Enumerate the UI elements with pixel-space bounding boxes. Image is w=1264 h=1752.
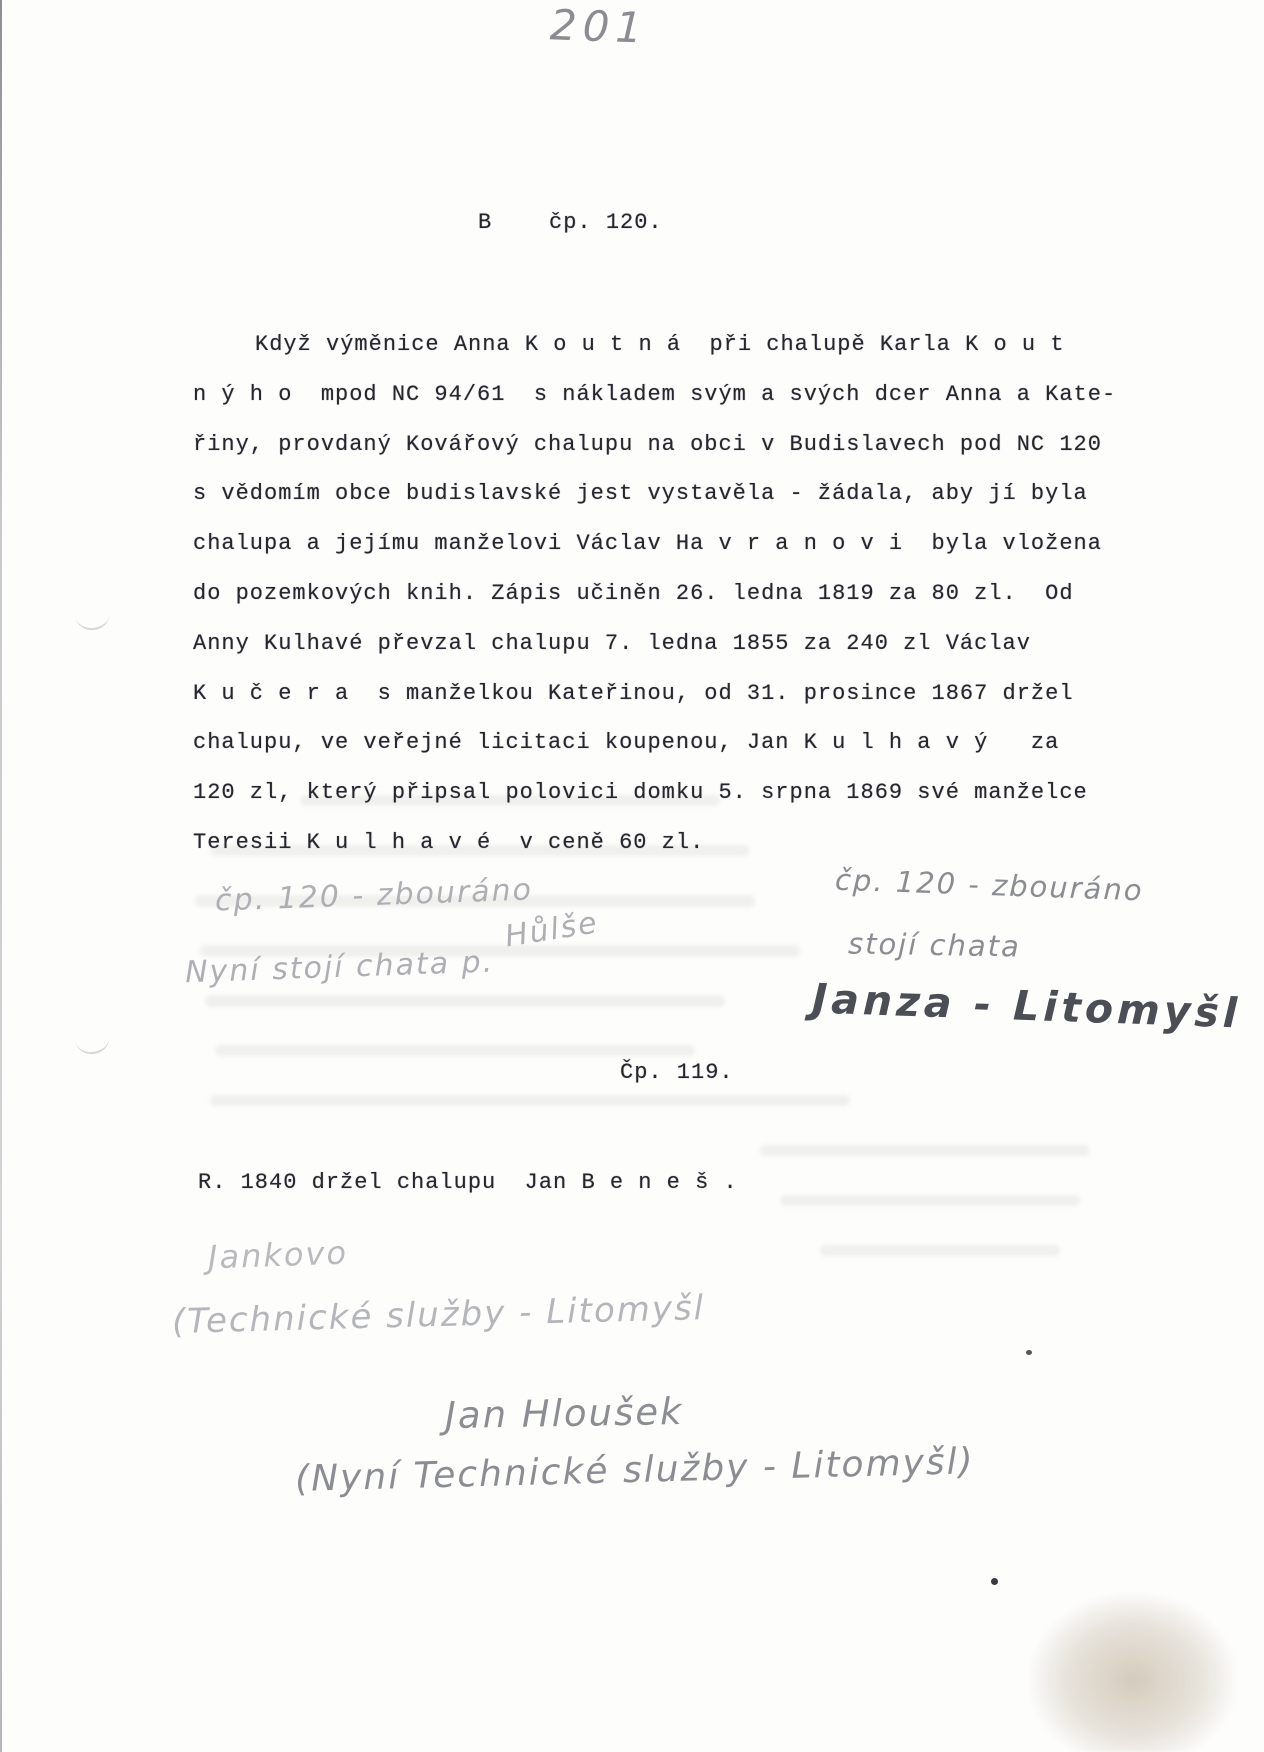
- paragraph-line: chalupu, ve veřejné licitaci koupenou, J…: [193, 718, 1116, 768]
- pencil-note-right-line2: stojí chata: [848, 926, 1021, 963]
- paragraph-line: 120 zl, který připsal polovici domku 5. …: [193, 768, 1116, 818]
- bleed-through-artifact: [760, 1145, 1090, 1156]
- section-heading-cp-120: B čp. 120.: [478, 210, 663, 235]
- pencil-note-now-line: (Nyní Technické služby - Litomyšl): [295, 1441, 976, 1500]
- paragraph-line: Anny Kulhavé převzal chalupu 7. ledna 18…: [193, 619, 1116, 669]
- paragraph-line: K u č e r a s manželkou Kateřinou, od 31…: [193, 669, 1116, 719]
- paragraph-line: chalupa a jejímu manželovi Václav Ha v r…: [193, 519, 1116, 569]
- scan-edge-artifact: [0, 0, 2, 1752]
- pencil-note-right-line1: čp. 120 - zbouráno: [835, 863, 1145, 908]
- pencil-note-left-line1: čp. 120 - zbouráno: [214, 872, 533, 918]
- scanned-document-page: 201 B čp. 120. Když výměnice Anna K o u …: [0, 0, 1264, 1752]
- bleed-through-artifact: [820, 1245, 1060, 1256]
- pencil-note-faint-name: Jankovo: [207, 1234, 348, 1277]
- paragraph-line: n ý h o mpod NC 94/61 s nákladem svým a …: [193, 370, 1116, 420]
- paragraph-line: do pozemkových knih. Zápis učiněn 26. le…: [193, 569, 1116, 619]
- pencil-note-owner-name: Jan Hloušek: [445, 1390, 684, 1437]
- pencil-note-left-line2-name: Hůlše: [502, 905, 600, 954]
- section-heading-cp-119: Čp. 119.: [620, 1060, 734, 1085]
- bleed-through-artifact: [210, 1095, 850, 1106]
- handwritten-page-number: 201: [549, 0, 649, 52]
- paragraph-line: s vědomím obce budislavské jest vystavěl…: [193, 469, 1116, 519]
- paper-smudge: [1028, 1592, 1238, 1752]
- bleed-through-artifact: [205, 995, 725, 1007]
- paragraph-line: řiny, provdaný Kovářový chalupu na obci …: [193, 420, 1116, 470]
- bleed-through-artifact: [215, 1045, 695, 1056]
- pencil-stray-mark: [75, 610, 111, 631]
- pencil-dot: [1026, 1350, 1032, 1355]
- paragraph-line: Teresii K u l h a v é v ceně 60 zl.: [193, 818, 1116, 868]
- bleed-through-artifact: [780, 1195, 1080, 1206]
- pencil-stray-mark: [75, 1034, 111, 1057]
- typed-paragraph: Když výměnice Anna K o u t n á při chalu…: [193, 320, 1116, 868]
- pencil-note-right-owner: Janza - Litomyšl: [811, 975, 1241, 1038]
- ink-dot: [991, 1578, 998, 1585]
- typed-line-1840: R. 1840 držel chalupu Jan B e n e š .: [198, 1170, 738, 1195]
- pencil-note-faint-line: (Technické služby - Litomyšl: [172, 1288, 706, 1342]
- paragraph-line: Když výměnice Anna K o u t n á při chalu…: [193, 320, 1116, 370]
